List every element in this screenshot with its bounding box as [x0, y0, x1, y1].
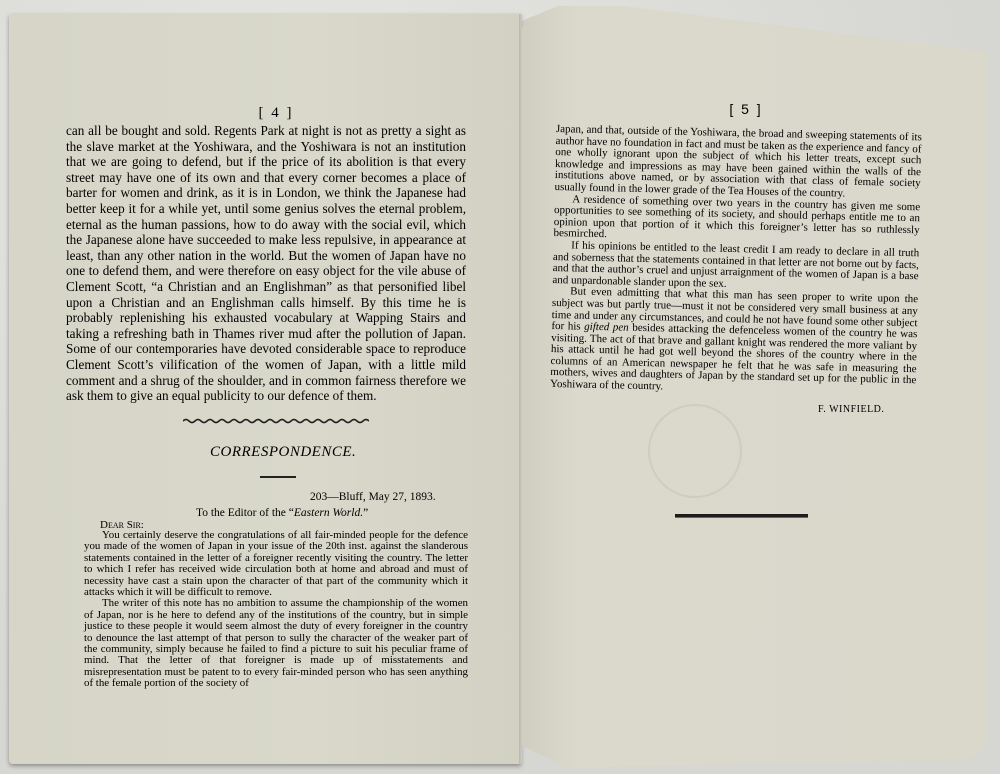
- letter-body: You certainly deserve the congratulation…: [84, 530, 468, 690]
- short-divider: [260, 476, 296, 478]
- editorial-paragraph: can all be bought and sold. Regents Park…: [66, 123, 466, 404]
- letter-dateline: 203—Bluff, May 27, 1893.: [310, 491, 436, 503]
- wavy-divider: [183, 418, 369, 424]
- book-gutter: [519, 14, 522, 764]
- letter-addressee: To the Editor of the “Eastern World.”: [196, 507, 368, 519]
- page-number-left: [ 4 ]: [256, 105, 296, 122]
- text-run: besides attacking the defenceless women …: [550, 322, 918, 393]
- section-heading: CORRESPONDENCE.: [210, 444, 356, 461]
- page-number-right: [ 5 ]: [726, 101, 766, 117]
- addressee-suffix: ”: [363, 507, 368, 519]
- letter-paragraph: But even admitting that what this man ha…: [550, 286, 918, 399]
- end-rule: [675, 514, 808, 518]
- editorial-text: can all be bought and sold. Regents Park…: [66, 123, 466, 404]
- letter-paragraph: The writer of this note has no ambition …: [84, 598, 468, 689]
- addressee-prefix: To the Editor of the “: [196, 507, 294, 519]
- publication-name: Eastern World.: [294, 507, 363, 519]
- letter-continuation: Japan, and that, outside of the Yoshiwar…: [550, 124, 922, 399]
- letter-paragraph: You certainly deserve the congratulation…: [84, 530, 468, 598]
- faded-stamp: [648, 404, 742, 498]
- signature: F. WINFIELD.: [818, 404, 884, 415]
- letter-paragraph: Japan, and that, outside of the Yoshiwar…: [554, 124, 921, 202]
